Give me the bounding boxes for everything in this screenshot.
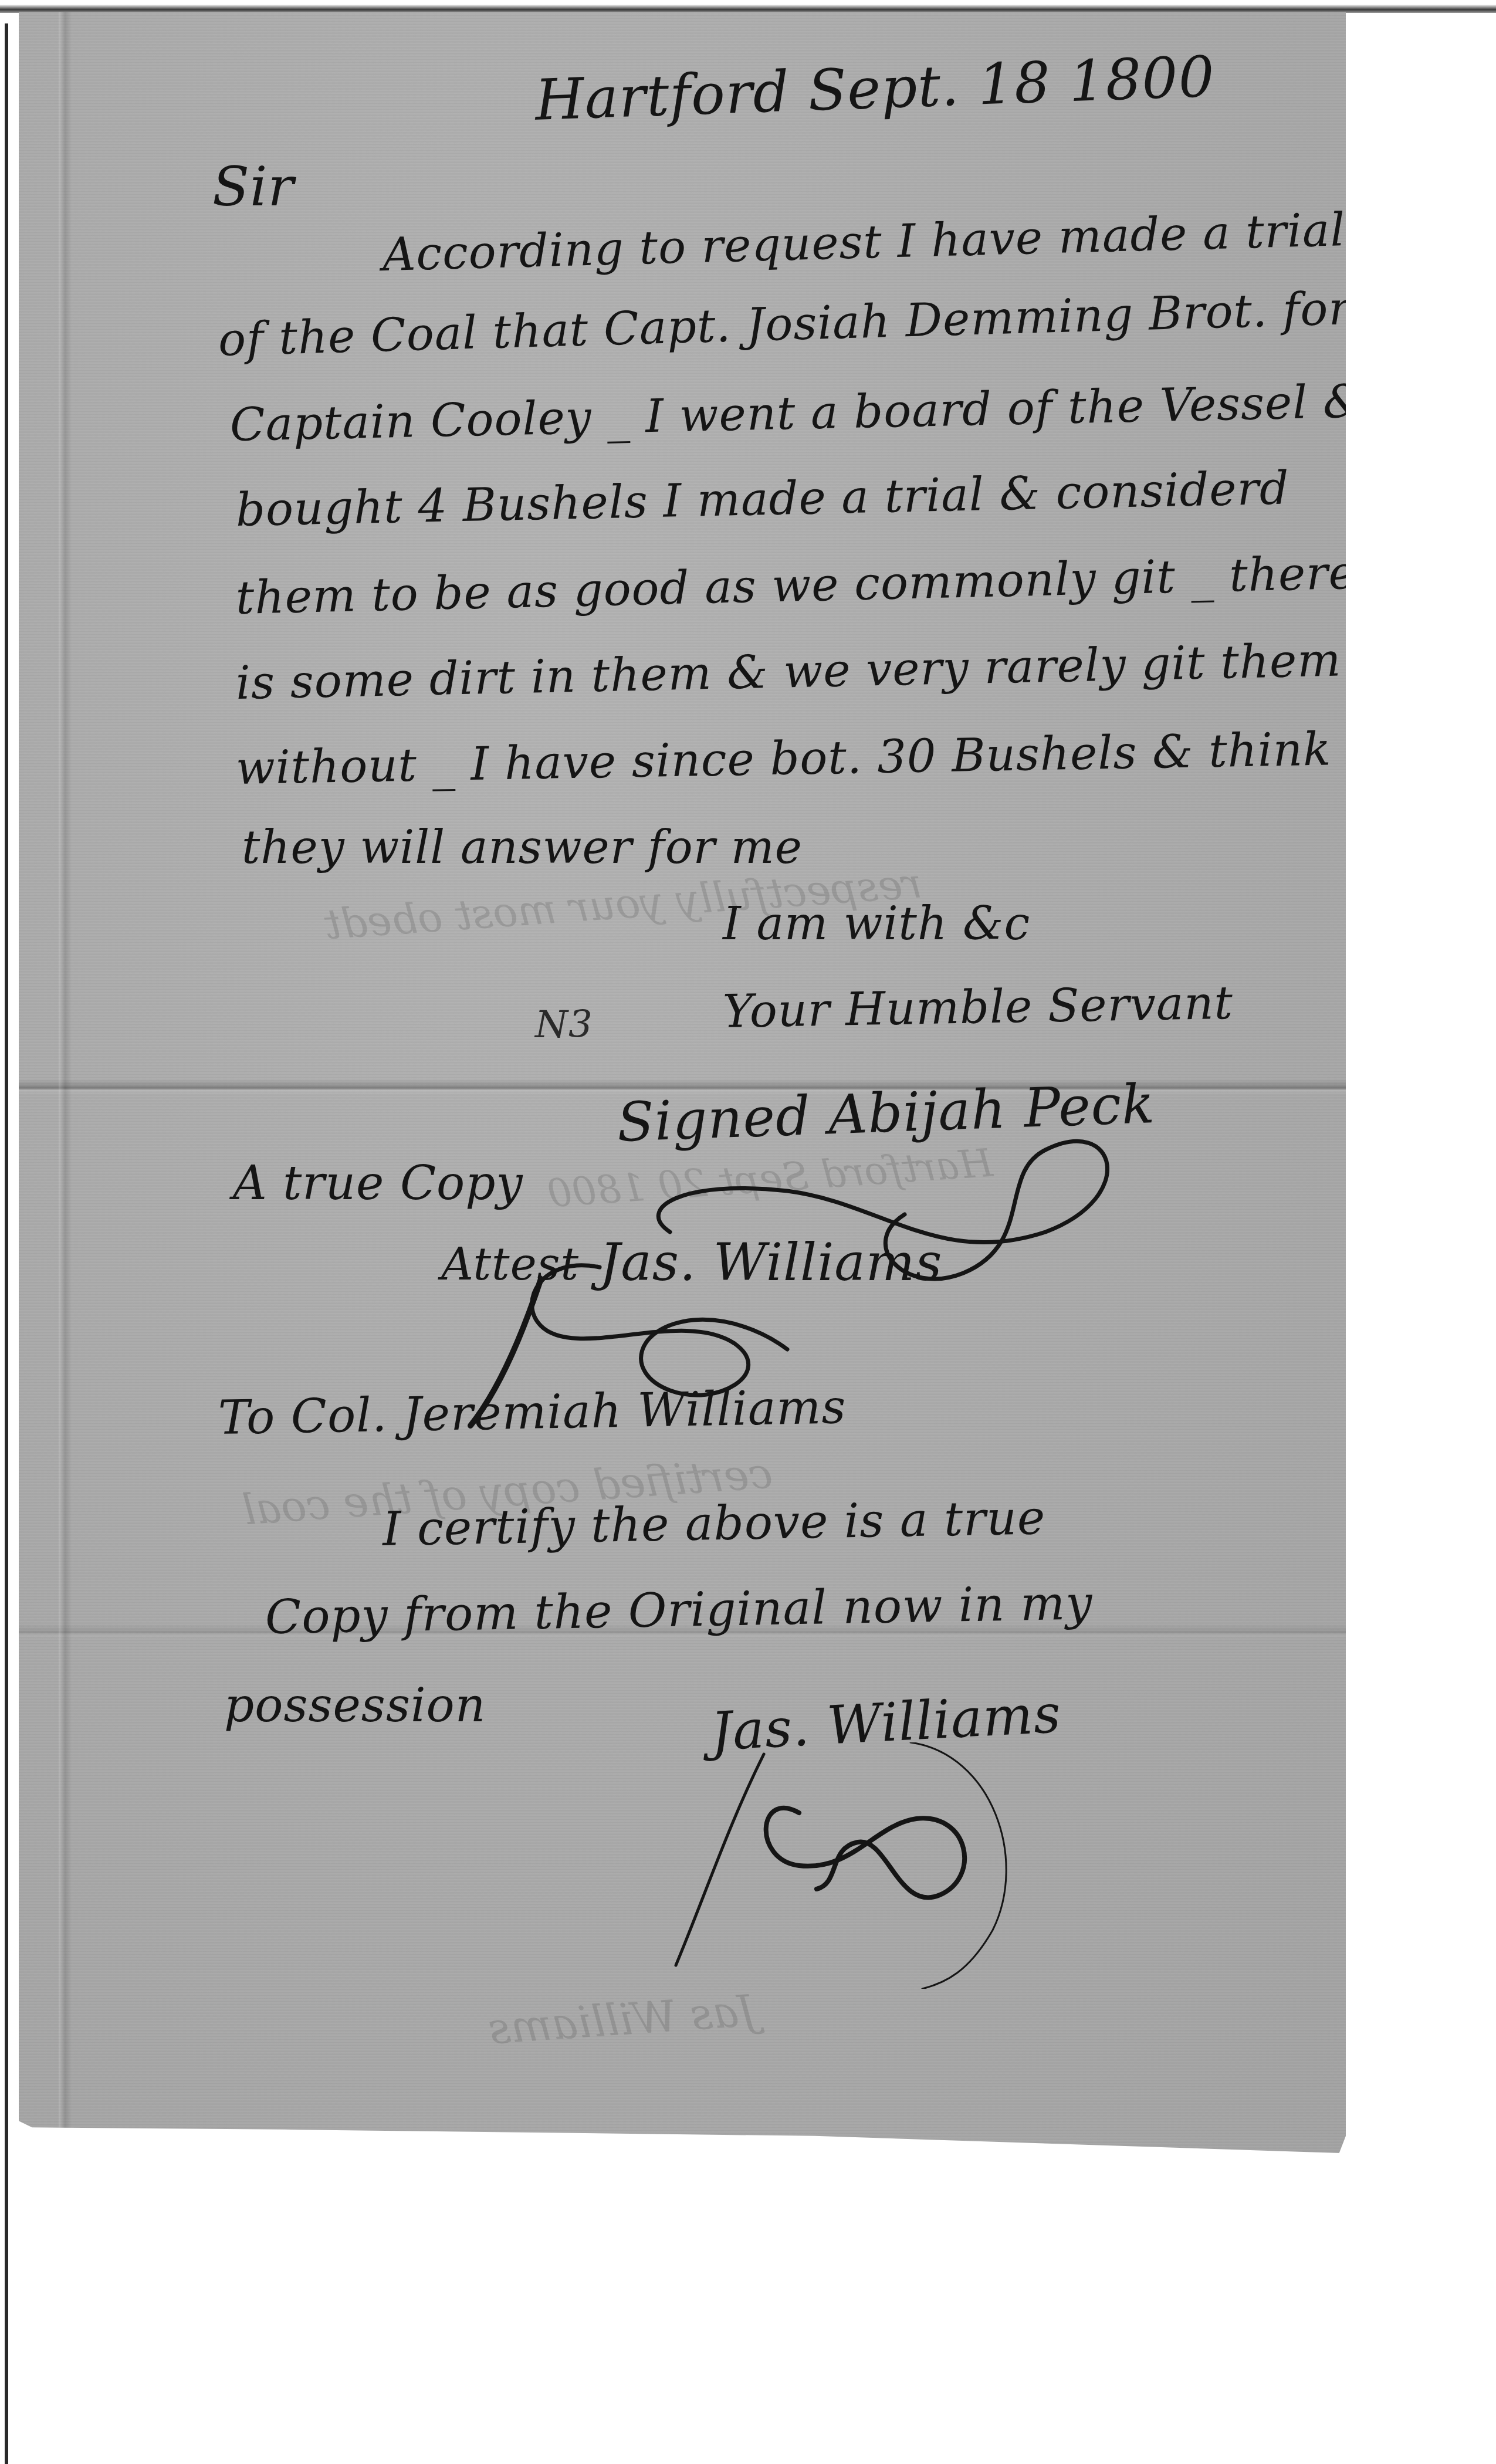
address-line: To Col. Jeremiah Williams xyxy=(218,1379,847,1445)
attestation-attest-label: Attest xyxy=(441,1238,579,1290)
bleed-through-text: Jas Williams xyxy=(487,1985,758,2055)
letter-paper: respectfully your most obedt Hartford Se… xyxy=(19,12,1346,2153)
margin-mark: N3 xyxy=(535,1003,593,1047)
attestation-true-copy: A true Copy xyxy=(233,1156,523,1210)
letter-body-line: Captain Cooley _ I went a board of the V… xyxy=(229,375,1365,452)
scan-top-edge xyxy=(0,5,1496,13)
letter-body-line: of the Coal that Capt. Josiah Demming Br… xyxy=(218,282,1352,367)
certification-line: I certify the above is a true xyxy=(382,1490,1046,1556)
letter-body-line: According to request I have made a trial xyxy=(382,204,1346,282)
bleed-through-text: Hartford Sept 20 1800 xyxy=(546,1140,994,1217)
letter-salutation: Sir xyxy=(212,155,294,218)
letter-body-line: is some dirt in them & we very rarely gi… xyxy=(235,634,1342,710)
letter-body-line: bought 4 Bushels I made a trial & consid… xyxy=(235,462,1290,537)
letter-closing: I am with &c xyxy=(723,898,1030,950)
certification-line: possession xyxy=(224,1678,486,1732)
letter-body-line: they will answer for me xyxy=(242,821,803,874)
letter-body-line: without _ I have since bot. 30 Bushels &… xyxy=(235,723,1332,795)
signature-flourish-certify xyxy=(664,1742,1075,1989)
letter-body-line: them to be as good as we commonly git _ … xyxy=(235,547,1357,625)
attestation-signature: Jas. Williams xyxy=(600,1232,942,1292)
vertical-crease xyxy=(59,12,72,2153)
scan-left-edge xyxy=(5,23,8,2464)
letter-closing-servant: Your Humble Servant xyxy=(722,977,1234,1038)
certification-signature: Jas. Williams xyxy=(709,1683,1062,1763)
letter-dateline: Hartford Sept. 18 1800 xyxy=(534,44,1216,133)
